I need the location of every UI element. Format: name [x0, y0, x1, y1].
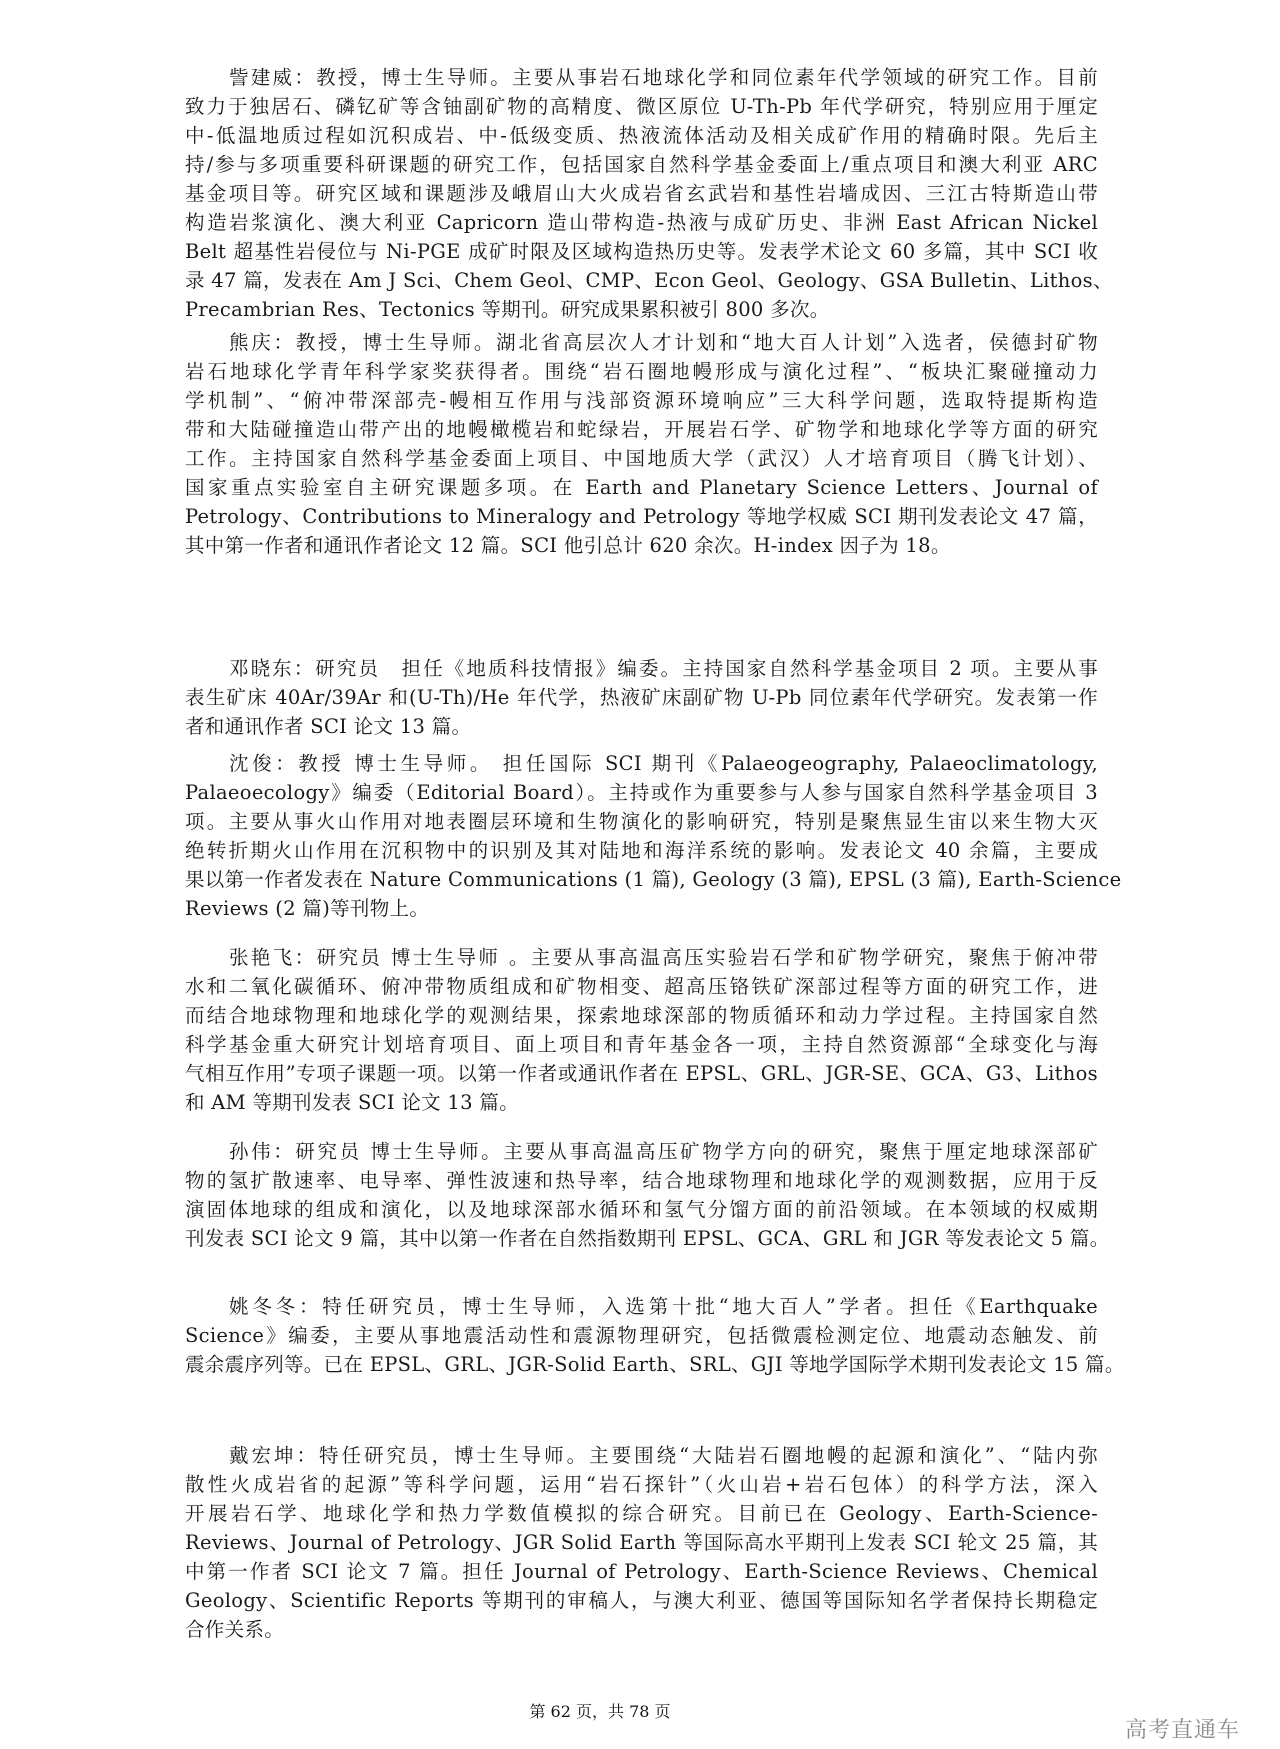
paragraph-line: 带和大陆碰撞造山带产出的地幔橄榄岩和蛇绿岩，开展岩石学、矿物学和地球化学等方面的… [185, 415, 1098, 444]
paragraph-line: 工作。主持国家自然科学基金委面上项目、中国地质大学（武汉）人才培育项目（腾飞计划… [185, 444, 1098, 473]
paragraph-first-line: 张艳飞：研究员 博士生导师 。主要从事高温高压实验岩石学和矿物学研究，聚焦于俯冲… [185, 943, 1098, 972]
paragraph-line: Science》编委，主要从事地震活动性和震源物理研究，包括微震检测定位、地震动… [185, 1321, 1098, 1350]
paragraph-line: 散性火成岩省的起源”等科学问题，运用“岩石探针”（火山岩+岩石包体）的科学方法，… [185, 1470, 1098, 1499]
paragraph-line: 表生矿床 40Ar/39Ar 和(U-Th)/He 年代学，热液矿床副矿物 U-… [185, 683, 1098, 712]
bio-paragraph: 张艳飞：研究员 博士生导师 。主要从事高温高压实验岩石学和矿物学研究，聚焦于俯冲… [185, 943, 1098, 1117]
bio-paragraph: 訾建威：教授，博士生导师。主要从事岩石地球化学和同位素年代学领域的研究工作。目前… [185, 63, 1098, 324]
paragraph-first-line: 戴宏坤：特任研究员，博士生导师。主要围绕“大陆岩石圈地幔的起源和演化”、“陆内弥 [185, 1441, 1098, 1470]
paragraph-line: Palaeoecology》编委（Editorial Board）。主持或作为重… [185, 778, 1098, 807]
paragraph-line: Precambrian Res、Tectonics 等期刊。研究成果累积被引 8… [185, 295, 1098, 324]
paragraph-line: 持/参与多项重要科研课题的研究工作，包括国家自然科学基金委面上/重点项目和澳大利… [185, 150, 1098, 179]
paragraph-first-line: 熊庆：教授，博士生导师。湖北省高层次人才计划和“地大百人计划”入选者，侯德封矿物 [185, 328, 1098, 357]
paragraph-line: 演固体地球的组成和演化，以及地球深部水循环和氢气分馏方面的前沿领域。在本领域的权… [185, 1195, 1098, 1224]
paragraph-line: 中-低温地质过程如沉积成岩、中-低级变质、热液流体活动及相关成矿作用的精确时限。… [185, 121, 1098, 150]
paragraph-line: 基金项目等。研究区域和课题涉及峨眉山大火成岩省玄武岩和基性岩墙成因、三江古特斯造… [185, 179, 1098, 208]
paragraph-first-line: 邓晓东：研究员 担任《地质科技情报》编委。主持国家自然科学基金项目 2 项。主要… [185, 654, 1098, 683]
paragraph-line: 录 47 篇，发表在 Am J Sci、Chem Geol、CMP、Econ G… [185, 266, 1098, 295]
paragraph-line: 其中第一作者和通讯作者论文 12 篇。SCI 他引总计 620 余次。H-ind… [185, 531, 1098, 560]
page-footer: 第 62 页，共 78 页 [0, 1700, 1280, 1724]
paragraph-line: Reviews、Journal of Petrology、JGR Solid E… [185, 1528, 1098, 1557]
paragraph-first-line: 沈俊：教授 博士生导师。 担任国际 SCI 期刊《Palaeogeography… [185, 749, 1098, 778]
paragraph-line: 水和二氧化碳循环、俯冲带物质组成和矿物相变、超高压铬铁矿深部过程等方面的研究工作… [185, 972, 1098, 1001]
bio-paragraph: 戴宏坤：特任研究员，博士生导师。主要围绕“大陆岩石圈地幔的起源和演化”、“陆内弥… [185, 1441, 1098, 1644]
paragraph-line: 中第一作者 SCI 论文 7 篇。担任 Journal of Petrology… [185, 1557, 1098, 1586]
paragraph-line: Belt 超基性岩侵位与 Ni-PGE 成矿时限及区域构造热历史等。发表学术论文… [185, 237, 1098, 266]
paragraph-line: 震余震序列等。已在 EPSL、GRL、JGR-Solid Earth、SRL、G… [185, 1350, 1098, 1379]
paragraph-line: 国家重点实验室自主研究课题多项。在 Earth and Planetary Sc… [185, 473, 1098, 502]
paragraph-line: 刊发表 SCI 论文 9 篇，其中以第一作者在自然指数期刊 EPSL、GCA、G… [185, 1224, 1098, 1253]
paragraph-first-line: 訾建威：教授，博士生导师。主要从事岩石地球化学和同位素年代学领域的研究工作。目前 [185, 63, 1098, 92]
paragraph-line: 者和通讯作者 SCI 论文 13 篇。 [185, 712, 1098, 741]
paragraph-line: Geology、Scientific Reports 等期刊的审稿人，与澳大利亚… [185, 1586, 1098, 1615]
paragraph-line: 绝转折期火山作用在沉积物中的识别及其对陆地和海洋系统的影响。发表论文 40 余篇… [185, 836, 1098, 865]
paragraph-line: 果以第一作者发表在 Nature Communications (1 篇), G… [185, 865, 1098, 894]
paragraph-line: 气相互作用”专项子课题一项。以第一作者或通讯作者在 EPSL、GRL、JGR-S… [185, 1059, 1098, 1088]
watermark-text: 高考直通车 [1125, 1713, 1240, 1744]
paragraph-line: Reviews (2 篇)等刊物上。 [185, 894, 1098, 923]
paragraph-line: 合作关系。 [185, 1615, 1098, 1644]
paragraph-line: 致力于独居石、磷钇矿等含铀副矿物的高精度、微区原位 U-Th-Pb 年代学研究，… [185, 92, 1098, 121]
paragraph-line: 开展岩石学、地球化学和热力学数值模拟的综合研究。目前已在 Geology、Ear… [185, 1499, 1098, 1528]
paragraph-line: 项。主要从事火山作用对地表圈层环境和生物演化的影响研究，特别是聚焦显生宙以来生物… [185, 807, 1098, 836]
bio-paragraph: 沈俊：教授 博士生导师。 担任国际 SCI 期刊《Palaeogeography… [185, 749, 1098, 923]
bio-paragraph: 熊庆：教授，博士生导师。湖北省高层次人才计划和“地大百人计划”入选者，侯德封矿物… [185, 328, 1098, 560]
paragraph-line: 岩石地球化学青年科学家奖获得者。围绕“岩石圈地幔形成与演化过程”、“板块汇聚碰撞… [185, 357, 1098, 386]
paragraph-line: 学机制”、“俯冲带深部壳-幔相互作用与浅部资源环境响应”三大科学问题，选取特提斯… [185, 386, 1098, 415]
bio-paragraph: 邓晓东：研究员 担任《地质科技情报》编委。主持国家自然科学基金项目 2 项。主要… [185, 654, 1098, 741]
paragraph-line: 构造岩浆演化、澳大利亚 Capricorn 造山带构造-热液与成矿历史、非洲 E… [185, 208, 1098, 237]
paragraph-first-line: 姚冬冬：特任研究员，博士生导师，入选第十批“地大百人”学者。担任《Earthqu… [185, 1292, 1098, 1321]
bio-paragraph: 姚冬冬：特任研究员，博士生导师，入选第十批“地大百人”学者。担任《Earthqu… [185, 1292, 1098, 1379]
document-page: 訾建威：教授，博士生导师。主要从事岩石地球化学和同位素年代学领域的研究工作。目前… [0, 0, 1280, 1749]
paragraph-line: 物的氢扩散速率、电导率、弹性波速和热导率，结合地球物理和地球化学的观测数据，应用… [185, 1166, 1098, 1195]
paragraph-line: Petrology、Contributions to Mineralogy an… [185, 502, 1098, 531]
page-number-label: 第 62 页，共 78 页 [529, 1702, 670, 1721]
bio-paragraph: 孙伟：研究员 博士生导师。主要从事高温高压矿物学方向的研究，聚焦于厘定地球深部矿… [185, 1137, 1098, 1253]
paragraph-line: 而结合地球物理和地球化学的观测结果，探索地球深部的物质循环和动力学过程。主持国家… [185, 1001, 1098, 1030]
paragraph-line: 和 AM 等期刊发表 SCI 论文 13 篇。 [185, 1088, 1098, 1117]
paragraph-line: 科学基金重大研究计划培育项目、面上项目和青年基金各一项，主持自然资源部“全球变化… [185, 1030, 1098, 1059]
paragraph-first-line: 孙伟：研究员 博士生导师。主要从事高温高压矿物学方向的研究，聚焦于厘定地球深部矿 [185, 1137, 1098, 1166]
